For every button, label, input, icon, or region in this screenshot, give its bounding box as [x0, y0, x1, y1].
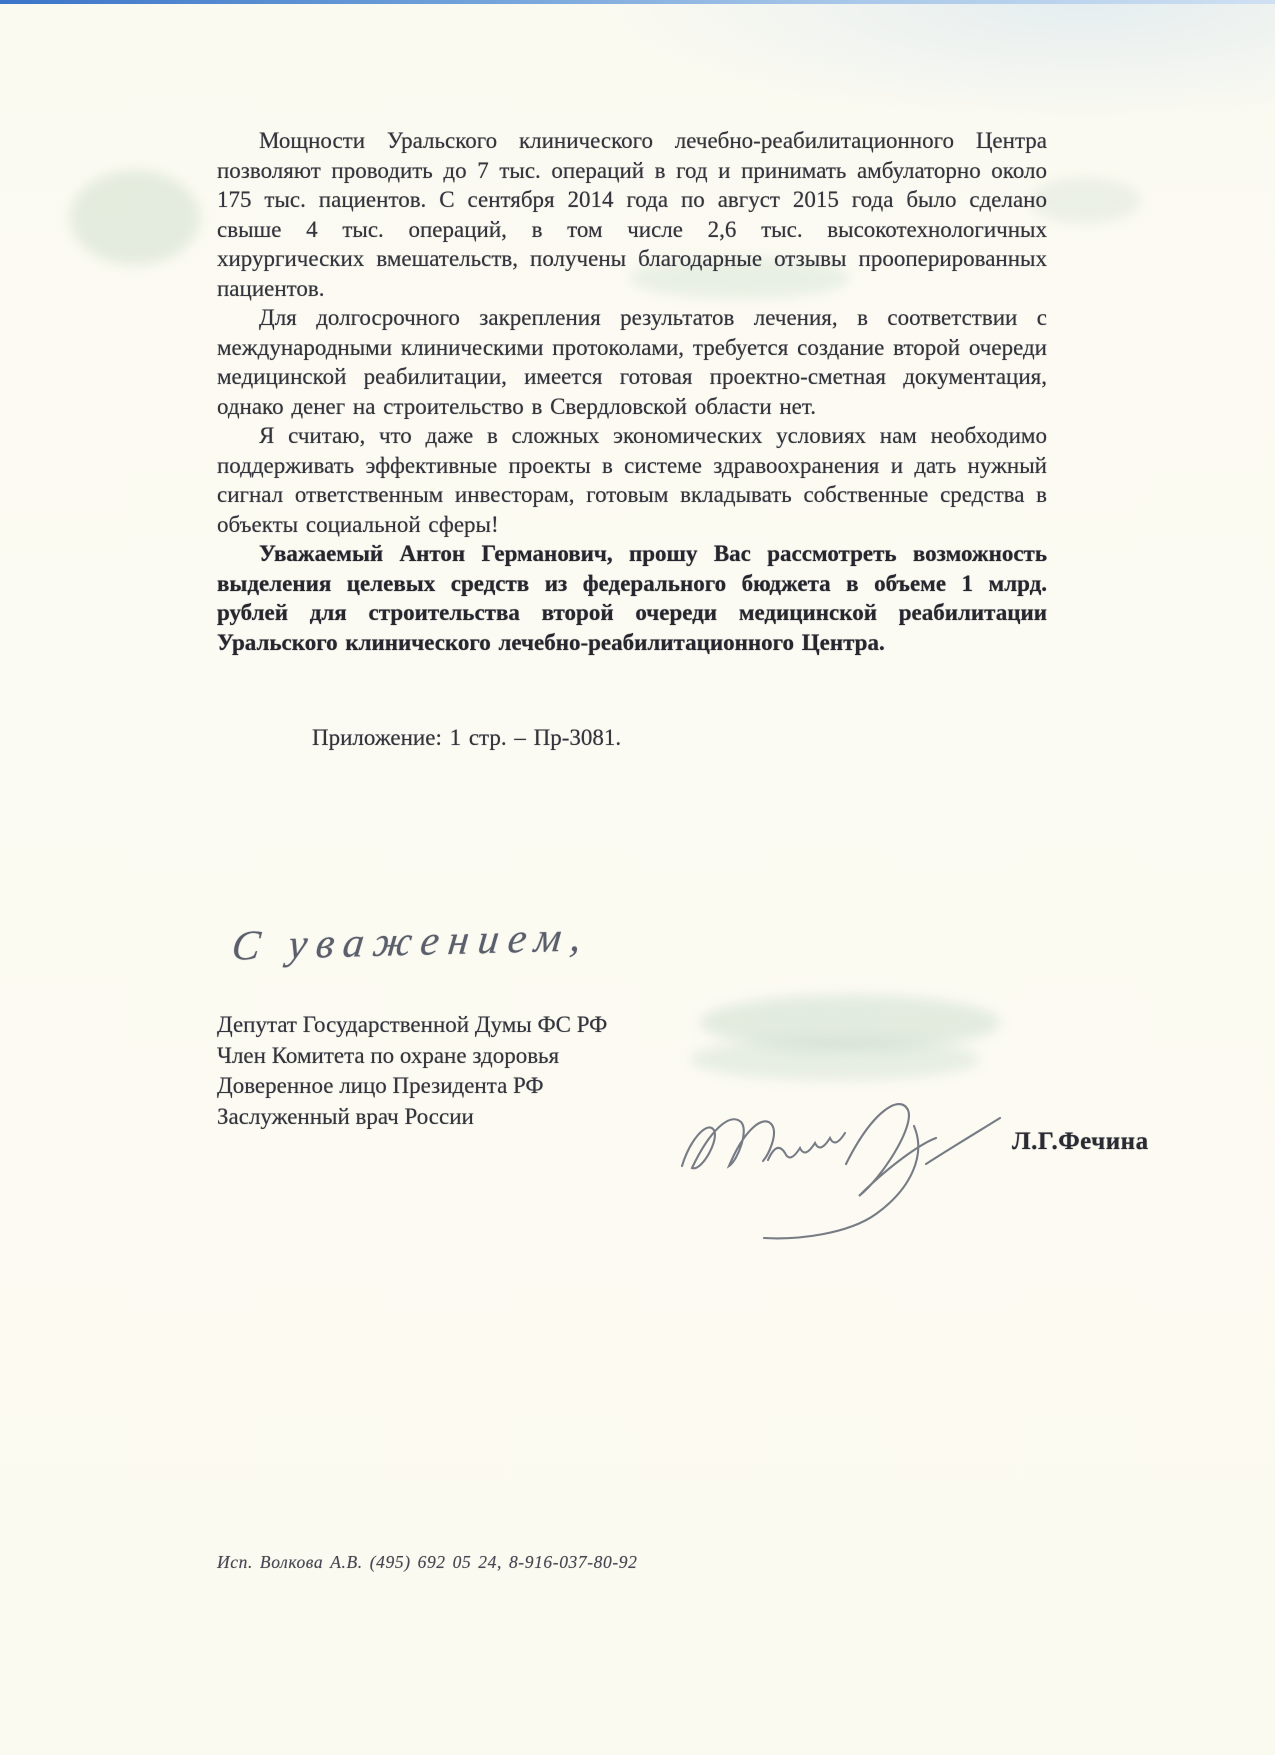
signatory-name: Л.Г.Фечина	[1012, 1128, 1149, 1156]
paragraph-rehab-need: Для долгосрочного закрепления результато…	[217, 303, 1047, 421]
signatory-titles-block: Депутат Государственной Думы ФС РФ Член …	[217, 1010, 607, 1132]
bleedthrough-ghost-artifact	[700, 995, 1000, 1050]
scan-edge-artifact	[0, 0, 1275, 4]
paragraph-center-capacity: Мощности Уральского клинического лечебно…	[217, 126, 1047, 303]
executor-contact-line: Исп. Волкова А.В. (495) 692 05 24, 8-916…	[217, 1552, 638, 1573]
handwritten-signature	[668, 1068, 1038, 1243]
paragraph-funding-request: Уважаемый Антон Германович, прошу Вас ра…	[217, 539, 1047, 657]
signatory-title-line: Заслуженный врач России	[217, 1102, 607, 1133]
attachment-line: Приложение: 1 стр. – Пр-3081.	[217, 723, 1047, 753]
scanned-letter-page: Мощности Уральского клинического лечебно…	[0, 0, 1275, 1755]
signatory-title-line: Член Комитета по охране здоровья	[217, 1041, 607, 1072]
signatory-title-line: Доверенное лицо Президента РФ	[217, 1071, 607, 1102]
handwritten-closing: С уважением,	[229, 913, 592, 971]
scan-smudge-artifact	[70, 170, 200, 265]
letter-body: Мощности Уральского клинического лечебно…	[217, 126, 1047, 753]
paragraph-author-opinion: Я считаю, что даже в сложных экономическ…	[217, 421, 1047, 539]
signatory-title-line: Депутат Государственной Думы ФС РФ	[217, 1010, 607, 1041]
